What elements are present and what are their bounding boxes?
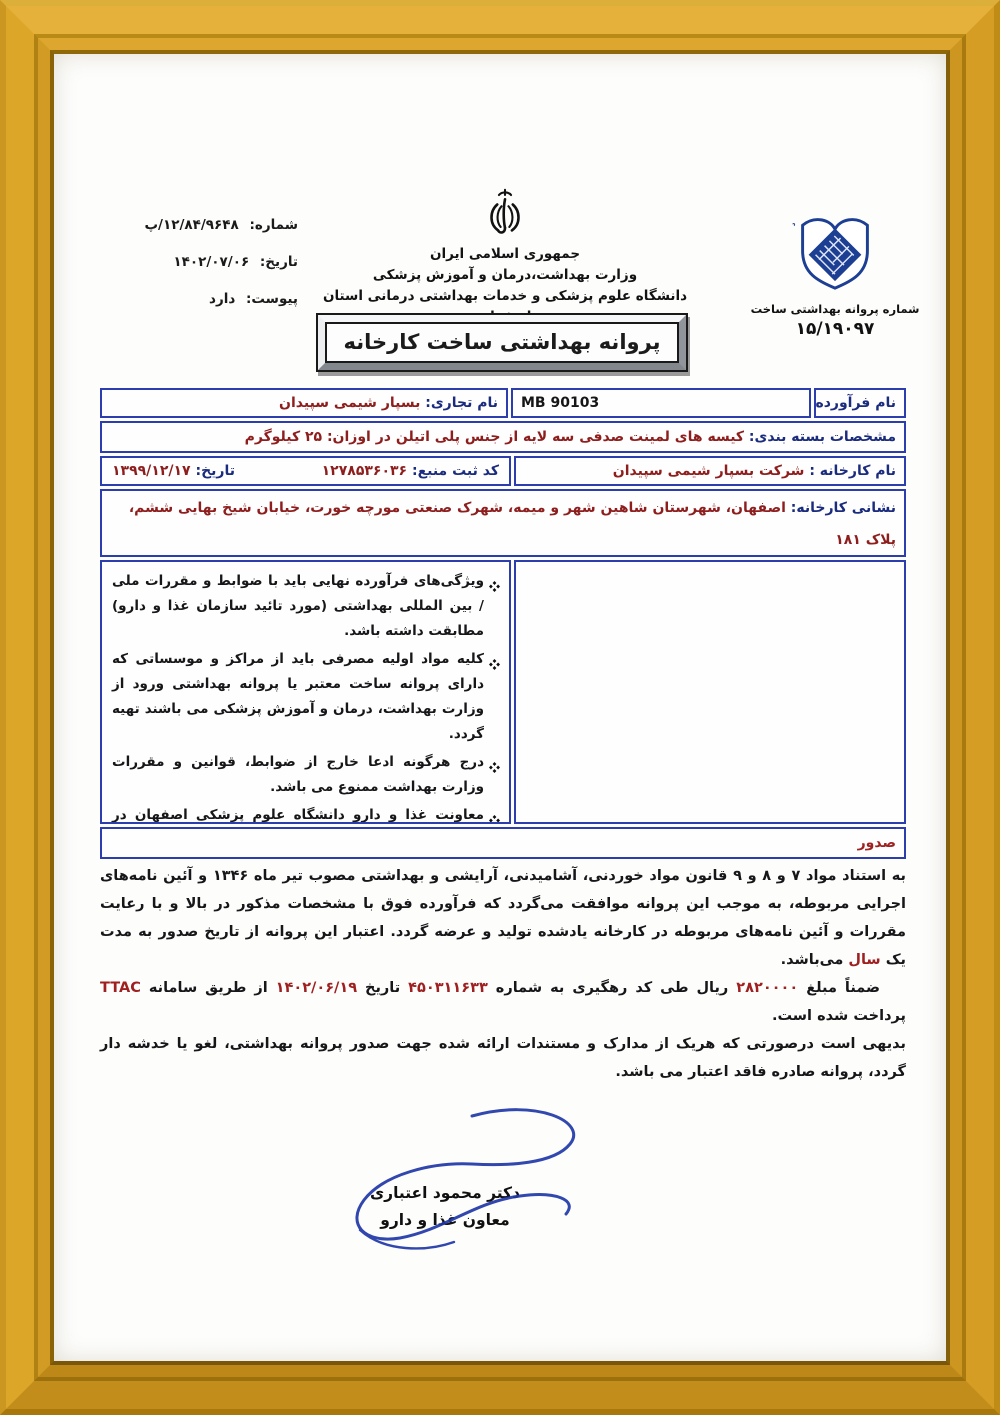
brand-cell: نام تجاری: بسپار شیمی سپیدان: [100, 388, 508, 418]
note-text: کلیه مواد اولیه مصرفی باید از مراکز و مو…: [112, 647, 484, 747]
address-value: اصفهان، شهرستان شاهین شهر و میمه، شهرک ص…: [129, 500, 896, 548]
header-country: جمهوری اسلامی ایران: [300, 244, 710, 265]
letter-date-label: تاریخ:: [260, 254, 298, 270]
registration-label: کد ثبت منبع:: [412, 463, 499, 479]
note-text: درج هرگونه ادعا خارج از ضوابط، قوانین و …: [112, 750, 484, 800]
logo-arc-text: دانشگاه علوم پزشکی و خدمات بهداشتی درمان…: [781, 182, 798, 227]
signature-scribble: [322, 1102, 632, 1272]
university-logo: دانشگاه علوم پزشکی و خدمات بهداشتی درمان…: [781, 182, 889, 298]
payment-date: ۱۴۰۲/۰۶/۱۹: [276, 980, 357, 996]
registration-group: کد ثبت منبع: ۱۲۷۸۵۳۶۰۳۶: [322, 458, 499, 484]
packaging-label: مشخصات بسته بندی:: [749, 429, 896, 445]
product-name-cell: نام فرآورده:: [814, 388, 906, 418]
signature-block: دکتر محمود اعتباری معاون غذا و دارو: [322, 1102, 632, 1272]
address-label: نشانی کارخانه:: [791, 500, 896, 516]
letter-number: شماره: ۱۲/۸۴/۹۶۴۸/پ: [98, 210, 298, 247]
letter-meta: شماره: ۱۲/۸۴/۹۶۴۸/پ تاریخ: ۱۴۰۲/۰۷/۰۶ پی…: [98, 210, 298, 321]
note-text: معاونت غذا و دارو دانشگاه علوم پزشکی اصف…: [112, 803, 484, 824]
svg-text:دانشگاه علوم پزشکی و خدمات بهد: دانشگاه علوم پزشکی و خدمات بهداشتی درمان…: [781, 182, 798, 227]
product-code-cell: MB 90103: [511, 388, 811, 418]
factory-label: نام کارخانه :: [809, 463, 896, 479]
packaging-value: کیسه های لمینت صدفی سه لایه از جنس پلی ا…: [245, 429, 744, 445]
brand-label: نام تجاری:: [425, 395, 498, 411]
body-paragraph-disclaimer: بدیهی است درصورتی که هریک از مدارک و مست…: [100, 1030, 906, 1086]
letter-date-value: ۱۴۰۲/۰۷/۰۶: [173, 254, 249, 270]
body-paragraph-legal: به استناد مواد ۷ و ۸ و ۹ قانون مواد خورد…: [100, 862, 906, 974]
title-bevel: پروانه بهداشتی ساخت کارخانه: [318, 315, 686, 370]
note-text: ویژگی‌های فرآورده نهایی باید با ضوابط و …: [112, 569, 484, 644]
validity-duration: سال: [848, 952, 880, 968]
diamond-bullet-icon: [484, 647, 500, 747]
license-number-label: شماره پروانه بهداشتی ساخت: [742, 302, 928, 316]
row-packaging: مشخصات بسته بندی: کیسه های لمینت صدفی سه…: [100, 421, 906, 453]
header-center: جمهوری اسلامی ایران وزارت بهداشت،درمان و…: [300, 186, 710, 328]
legal-text-end: می‌باشد.: [781, 952, 849, 968]
diamond-bullet-icon: [484, 569, 500, 644]
brand-value: بسپار شیمی سپیدان: [279, 395, 420, 411]
registration-value: ۱۲۷۸۵۳۶۰۳۶: [322, 463, 407, 479]
letter-attachment-label: پیوست:: [246, 291, 298, 307]
factory-value: شرکت بسپار شیمی سپیدان: [613, 463, 805, 479]
license-block: دانشگاه علوم پزشکی و خدمات بهداشتی درمان…: [742, 182, 928, 339]
body-text: به استناد مواد ۷ و ۸ و ۹ قانون مواد خورد…: [100, 862, 906, 1086]
diamond-bullet-icon: [484, 803, 500, 824]
letter-attachment-value: دارد: [209, 291, 235, 307]
document-title: پروانه بهداشتی ساخت کارخانه: [325, 322, 679, 363]
phone-postal-line: تلفن: ۰۳۱-۴۵۶۴۴۴۰۳ کدپستی: ۸۳۳۳۱۱۶۳۶۵: [110, 556, 896, 557]
tracking-code: ۴۵۰۳۱۱۶۳۳: [408, 980, 488, 996]
letter-number-label: شماره:: [249, 217, 298, 233]
registration-date-value: ۱۳۹۹/۱۲/۱۷: [112, 463, 191, 479]
row-address: نشانی کارخانه: اصفهان، شهرستان شاهین شهر…: [100, 489, 906, 557]
registration-cell: کد ثبت منبع: ۱۲۷۸۵۳۶۰۳۶ تاریخ: ۱۳۹۹/۱۲/۱…: [100, 456, 511, 486]
issue-label: صدور: [858, 835, 896, 851]
row-issue: صدور: [100, 827, 906, 859]
address-cell: نشانی کارخانه: اصفهان، شهرستان شاهین شهر…: [100, 489, 906, 557]
body-paragraph-payment: ضمناً مبلغ ۲۸۲۰۰۰۰ ریال طی کد رهگیری به …: [100, 974, 906, 1030]
product-name-label: نام فرآورده:: [814, 395, 896, 411]
license-number-value: ۱۵/۱۹۰۹۷: [742, 319, 928, 339]
stamp-area-cell: [514, 560, 906, 824]
packaging-cell: مشخصات بسته بندی: کیسه های لمینت صدفی سه…: [100, 421, 906, 453]
letter-attachment: پیوست: دارد: [98, 284, 298, 321]
framed-certificate: شماره: ۱۲/۸۴/۹۶۴۸/پ تاریخ: ۱۴۰۲/۰۷/۰۶ پی…: [0, 0, 1000, 1415]
document-page: شماره: ۱۲/۸۴/۹۶۴۸/پ تاریخ: ۱۴۰۲/۰۷/۰۶ پی…: [54, 54, 946, 1361]
product-code-value: MB 90103: [521, 395, 599, 411]
certificate-table: نام فرآورده: MB 90103 نام تجاری: بسپار ش…: [100, 388, 906, 859]
issue-cell: صدور: [100, 827, 906, 859]
address-line: نشانی کارخانه: اصفهان، شهرستان شاهین شهر…: [110, 492, 896, 556]
list-item: درج هرگونه ادعا خارج از ضوابط، قوانین و …: [112, 750, 500, 800]
factory-cell: نام کارخانه : شرکت بسپار شیمی سپیدان: [514, 456, 906, 486]
diamond-bullet-icon: [484, 750, 500, 800]
ttac-system-name: TTAC: [100, 980, 141, 996]
header-ministry: وزارت بهداشت،درمان و آموزش پزشکی: [300, 265, 710, 286]
list-item: کلیه مواد اولیه مصرفی باید از مراکز و مو…: [112, 647, 500, 747]
registration-date-label: تاریخ:: [195, 463, 235, 479]
letter-number-value: ۱۲/۸۴/۹۶۴۸/پ: [144, 217, 238, 233]
list-item: ویژگی‌های فرآورده نهایی باید با ضوابط و …: [112, 569, 500, 644]
payment-amount: ۲۸۲۰۰۰۰: [736, 980, 798, 996]
letter-date: تاریخ: ۱۴۰۲/۰۷/۰۶: [98, 247, 298, 284]
row-product: نام فرآورده: MB 90103 نام تجاری: بسپار ش…: [100, 388, 906, 418]
row-factory: نام کارخانه : شرکت بسپار شیمی سپیدان کد …: [100, 456, 906, 486]
iran-emblem-icon: [486, 186, 524, 242]
row-notes: ویژگی‌های فرآورده نهایی باید با ضوابط و …: [100, 560, 906, 824]
list-item: معاونت غذا و دارو دانشگاه علوم پزشکی اصف…: [112, 803, 500, 824]
document-title-box: پروانه بهداشتی ساخت کارخانه: [316, 313, 688, 372]
notes-cell: ویژگی‌های فرآورده نهایی باید با ضوابط و …: [100, 560, 511, 824]
registration-date-group: تاریخ: ۱۳۹۹/۱۲/۱۷: [112, 458, 235, 484]
